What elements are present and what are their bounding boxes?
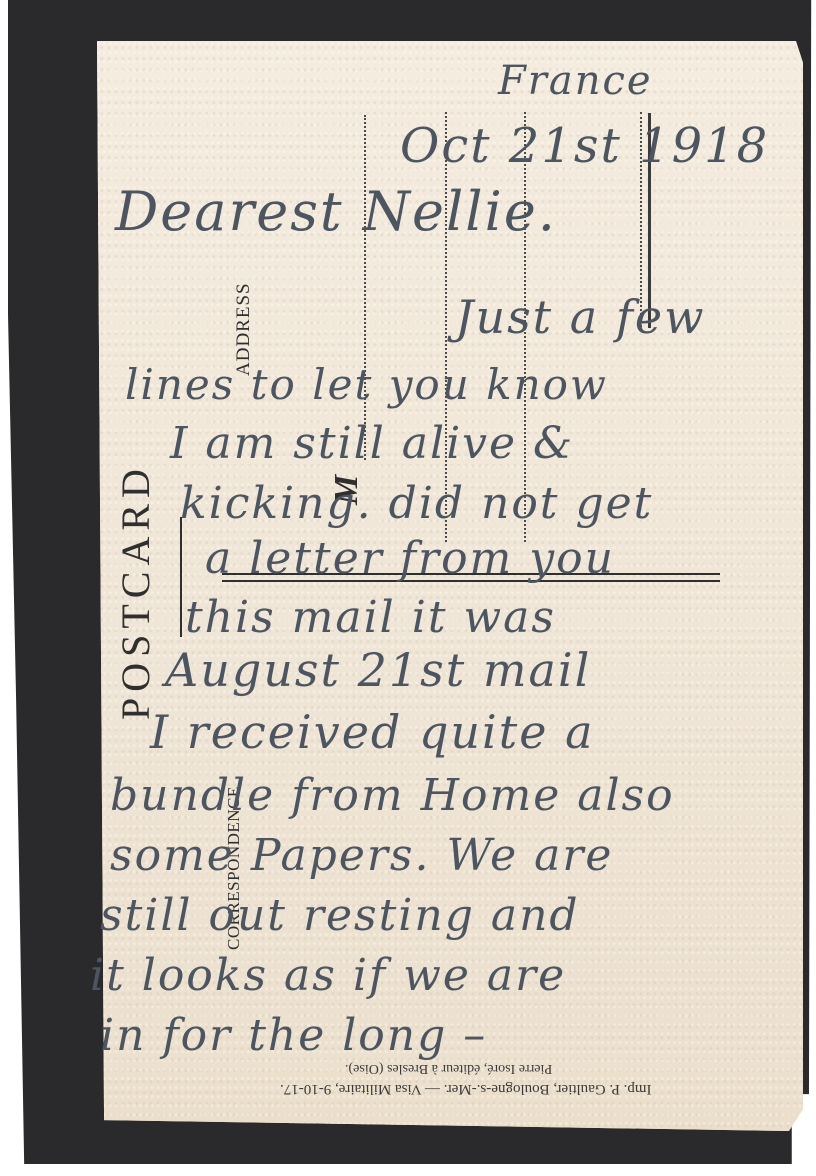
letter-line: in for the long – <box>100 1010 487 1061</box>
letter-line: lines to let you know <box>125 360 608 409</box>
divider-bracket <box>180 517 182 637</box>
letter-line: I received quite a <box>150 705 595 759</box>
letter-line: kicking. did not get <box>180 478 653 529</box>
letter-line: Just a few <box>455 290 705 344</box>
handwritten-date: Oct 21st 1918 <box>400 118 769 174</box>
handwritten-salutation: Dearest Nellie. <box>115 180 557 243</box>
printer-imprint-line-2: Pierre Isoré, éditeur à Bresles (Oise). <box>345 1060 552 1076</box>
letter-line: I am still alive & <box>170 418 574 469</box>
letter-line: some Papers. We are <box>110 830 613 881</box>
letter-line: it looks as if we are <box>90 950 566 1001</box>
letter-line: August 21st mail <box>165 643 591 697</box>
letter-line: still out resting and <box>100 890 580 941</box>
postcard-title: POSTCARD <box>112 463 159 720</box>
printer-imprint-line-1: Imp. P. Gaultier, Boulogne-s.-Mer. — Vis… <box>280 1080 652 1097</box>
letter-line: bundle from Home also <box>110 770 675 821</box>
letter-line: a letter from you <box>205 533 615 584</box>
handwritten-place: France <box>498 58 653 104</box>
letter-line: this mail it was <box>185 592 556 643</box>
